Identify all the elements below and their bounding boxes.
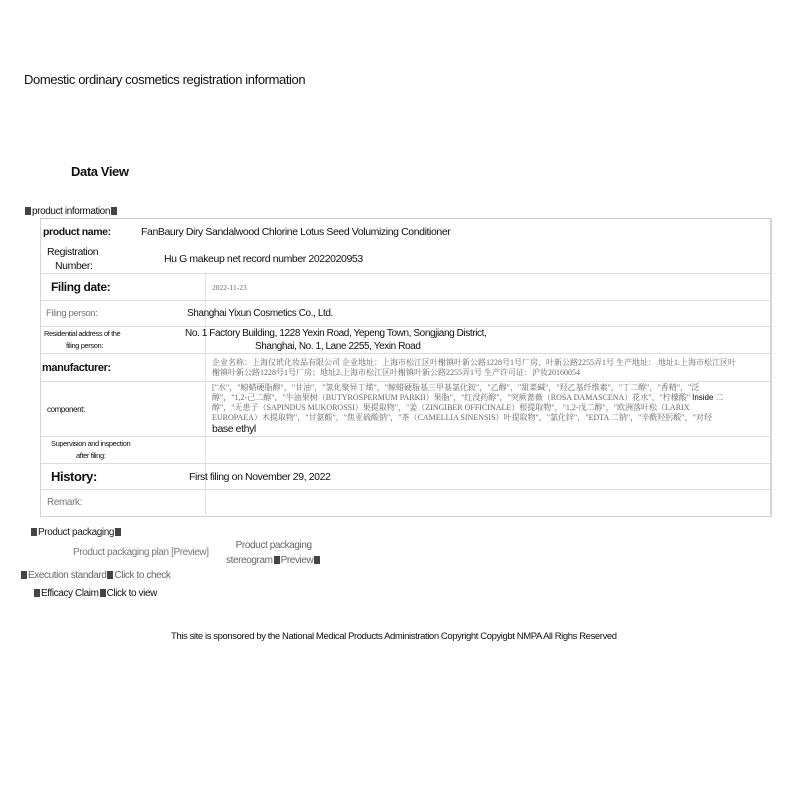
product-packaging-section-header: Product packaging [30,527,122,538]
bracket-placeholder-icon [115,528,121,536]
history-value: First filing on November 29, 2022 [189,471,330,483]
registration-label-line1: Registration [41,245,98,259]
filing-date-value: 2022-11-23 [206,283,247,292]
table-row-registration-number: Registration Number: Hu G makeup net rec… [41,245,770,274]
table-row-history: History: First filing on November 29, 20… [41,464,770,490]
component-value: ["水"，"鲸蜡硬脂醇"，"甘油"，"氢化聚异丁烯"，"鲸蜡硬脂基三甲基氯化铵"… [212,383,699,402]
data-view-heading: Data View [71,164,129,179]
product-information-section-header: product information [24,206,118,217]
bracket-placeholder-icon [274,556,280,564]
table-row-filing-person: Filing person: Shanghai Yixun Cosmetics … [41,301,770,327]
table-row-manufacturer: manufacturer: 企业名称：上海仪玳化妆品有限公司 企业地址：上海市松… [41,354,770,382]
stereogram-line2: stereogram [226,555,273,566]
section-label: Product packaging [38,527,114,538]
supervision-label-line2: after filing: [41,450,105,462]
bracket-placeholder-icon [314,556,320,564]
table-row-supervision: Supervision and inspection after filing: [41,437,770,464]
packaging-plan-preview-link[interactable]: Product packaging plan [Preview] [73,547,209,558]
filing-person-value: Shanghai Yixun Cosmetics Co., Ltd. [187,308,333,319]
footer-copyright: This site is sponsored by the National M… [171,631,617,642]
registration-number-value: Hu G makeup net record number 2022020953 [164,253,363,265]
component-inside-marker: Inside [692,393,713,402]
product-name-label: product name: [41,226,111,238]
product-info-table: product name: FanBaury Diry Sandalwood C… [40,218,772,517]
execution-standard-row: Execution standardClick to check [20,570,171,581]
efficacy-claim-view-link[interactable]: Click to view [107,588,157,599]
manufacturer-value: 企业名称：上海仪玳化妆品有限公司 企业地址：上海市松江区叶榭镇叶新公路1228号… [212,358,770,378]
section-label: product information [32,206,110,217]
residential-address-value-line2: Shanghai, No. 1, Lane 2255, Yexin Road [185,340,421,353]
table-row-product-name: product name: FanBaury Diry Sandalwood C… [41,219,770,245]
filing-date-label: Filing date: [41,280,110,294]
bracket-placeholder-icon [107,571,113,579]
execution-standard-label: Execution standard [28,570,106,581]
table-row-remark: Remark: [41,490,770,515]
page-title: Domestic ordinary cosmetics registration… [24,72,305,87]
bracket-placeholder-icon [100,589,106,597]
table-row-filing-date: Filing date: 2022-11-23 [41,274,770,301]
residential-address-label-line2: filing person: [41,340,103,352]
efficacy-claim-row: Efficacy ClaimClick to view [33,588,157,599]
history-label: History: [41,469,97,484]
residential-address-label-line1: Residential address of the [41,328,120,340]
product-name-value: FanBaury Diry Sandalwood Chlorine Lotus … [141,226,450,238]
bracket-placeholder-icon [111,207,117,215]
component-value-suffix: base ethyl [212,423,256,436]
bracket-placeholder-icon [34,589,40,597]
packaging-stereogram-preview-link[interactable]: Product packaging stereogramPreview [226,538,321,568]
bracket-placeholder-icon [21,571,27,579]
efficacy-claim-label: Efficacy Claim [41,588,99,599]
component-label: component: [41,405,85,414]
registration-label-line2: Number: [41,259,92,273]
remark-label: Remark: [41,497,82,508]
stereogram-line1: Product packaging [226,538,321,553]
stereogram-preview-label: Preview [281,555,314,566]
residential-address-value-line1: No. 1 Factory Building, 1228 Yexin Road,… [185,327,486,340]
execution-standard-check-link[interactable]: Click to check [114,570,170,581]
table-row-residential-address: Residential address of the filing person… [41,327,770,354]
bracket-placeholder-icon [31,528,37,536]
table-row-component: component: ["水"，"鲸蜡硬脂醇"，"甘油"，"氢化聚异丁烯"，"鲸… [41,382,770,437]
bracket-placeholder-icon [25,207,31,215]
manufacturer-label: manufacturer: [41,362,111,374]
supervision-label-line1: Supervision and inspection [41,438,130,450]
filing-person-label: Filing person: [41,308,97,319]
